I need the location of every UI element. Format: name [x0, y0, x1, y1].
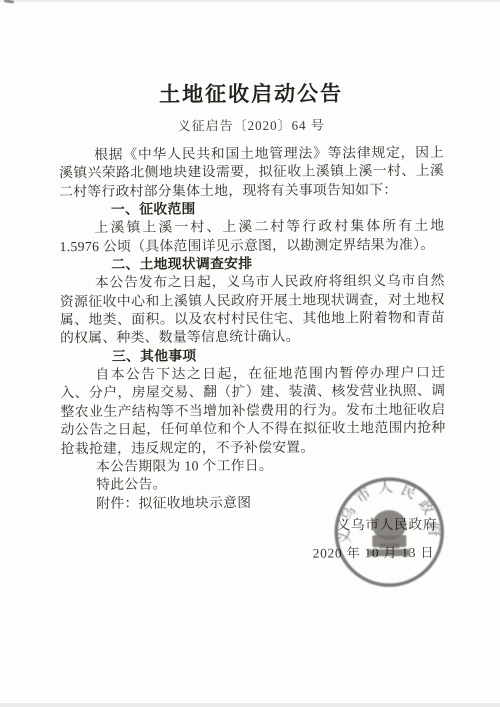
paragraph-scope: 上溪镇上溪一村、上溪二村等行政村集体所有土地 1.5976 公顷（具体范围详见示… — [59, 217, 444, 256]
paragraph-intro: 根据《中华人民共和国土地管理法》等法律规定，因上溪镇兴荣路北侧地块建设需要，拟征… — [59, 144, 444, 201]
heading-section-3: 三、其他事项 — [112, 346, 445, 366]
paragraph-other: 自本公告下达之日起，在征地范围内暂停办理户口迁入、分户，房屋交易、翻（扩）建、装… — [60, 364, 446, 458]
paragraph-deadline: 本公告期限为 10 个工作日。 — [61, 456, 446, 477]
page-title: 土地征收启动公告 — [59, 81, 444, 109]
paragraph-survey: 本公告发布之日起，义乌市人民政府将组织义乌市自然资源征收中心和上溪镇人民政府开展… — [60, 272, 445, 348]
doc-number: 义征启告〔2020〕64 号 — [59, 116, 444, 135]
scanned-notice-page: 土地征收启动公告 义征启告〔2020〕64 号 根据《中华人民共和国土地管理法》… — [0, 0, 500, 707]
document-content-wrapper: 土地征收启动公告 义征启告〔2020〕64 号 根据《中华人民共和国土地管理法》… — [0, 0, 500, 707]
heading-section-2: 二、土地现状调查安排 — [111, 254, 444, 274]
document-body: 土地征收启动公告 义征启告〔2020〕64 号 根据《中华人民共和国土地管理法》… — [0, 0, 500, 513]
scan-bottom-edge — [0, 703, 500, 707]
national-emblem-icon — [368, 510, 410, 556]
heading-section-1: 一、征收范围 — [111, 199, 444, 219]
official-seal: 义乌市人民政府 — [332, 475, 447, 590]
